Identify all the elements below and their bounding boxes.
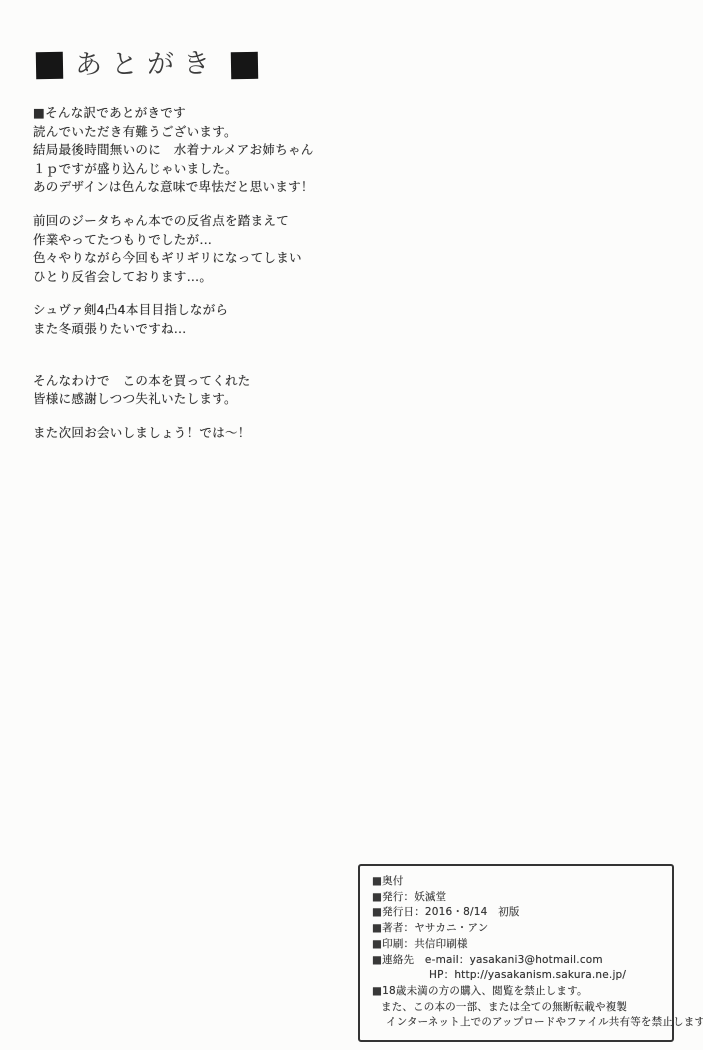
afterword-title-row: あとがき bbox=[36, 50, 258, 80]
black-square-icon bbox=[36, 51, 63, 78]
afterword-paragraph: シュヴァ剣4凸4本目目指しながら また冬頑張りたいですね… bbox=[33, 301, 373, 338]
colophon-notice-line: また、この本の一部、または全ての無断転載や複製 bbox=[372, 1000, 666, 1016]
colophon-publish-date: ■発行日：2016・8/14 初版 bbox=[372, 905, 666, 921]
colophon-box: ■奥付 ■発行：妖滅堂 ■発行日：2016・8/14 初版 ■著者：ヤサカニ・ア… bbox=[358, 864, 674, 1042]
colophon-notice-line: ■18歳未満の方の購入、閲覧を禁止します。 bbox=[372, 984, 666, 1000]
colophon-author: ■著者：ヤサカニ・アン bbox=[372, 921, 666, 937]
afterword-paragraph: そんなわけで この本を買ってくれた 皆様に感謝しつつ失礼いたします。 bbox=[33, 372, 373, 409]
afterword-paragraph: また次回お会いしましょう！では〜！ bbox=[33, 424, 373, 443]
page-title: あとがき bbox=[72, 49, 222, 80]
colophon-contact-hp: HP：http://yasakanism.sakura.ne.jp/ bbox=[372, 968, 666, 984]
afterword-paragraph: ■そんな訳であとがきです 読んでいただき有難うございます。 結局最後時間無いのに… bbox=[33, 104, 373, 197]
black-square-icon bbox=[231, 51, 258, 78]
scanned-afterword-page: あとがき ■そんな訳であとがきです 読んでいただき有難うございます。 結局最後時… bbox=[0, 0, 703, 1050]
colophon-heading: ■奥付 bbox=[372, 874, 666, 890]
afterword-paragraph: 前回のジータちゃん本での反省点を踏まえて 作業やってたつもりでしたが… 色々やり… bbox=[33, 212, 373, 286]
colophon-publisher: ■発行：妖滅堂 bbox=[372, 890, 666, 906]
colophon-contact-email: ■連絡先 e-mail：yasakani3@hotmail.com bbox=[372, 953, 666, 969]
afterword-body: ■そんな訳であとがきです 読んでいただき有難うございます。 結局最後時間無いのに… bbox=[33, 104, 373, 457]
colophon-notice-line: インターネット上でのアップロードやファイル共有等を禁止します。 bbox=[372, 1015, 666, 1031]
colophon-printer: ■印刷：共信印刷様 bbox=[372, 937, 666, 953]
